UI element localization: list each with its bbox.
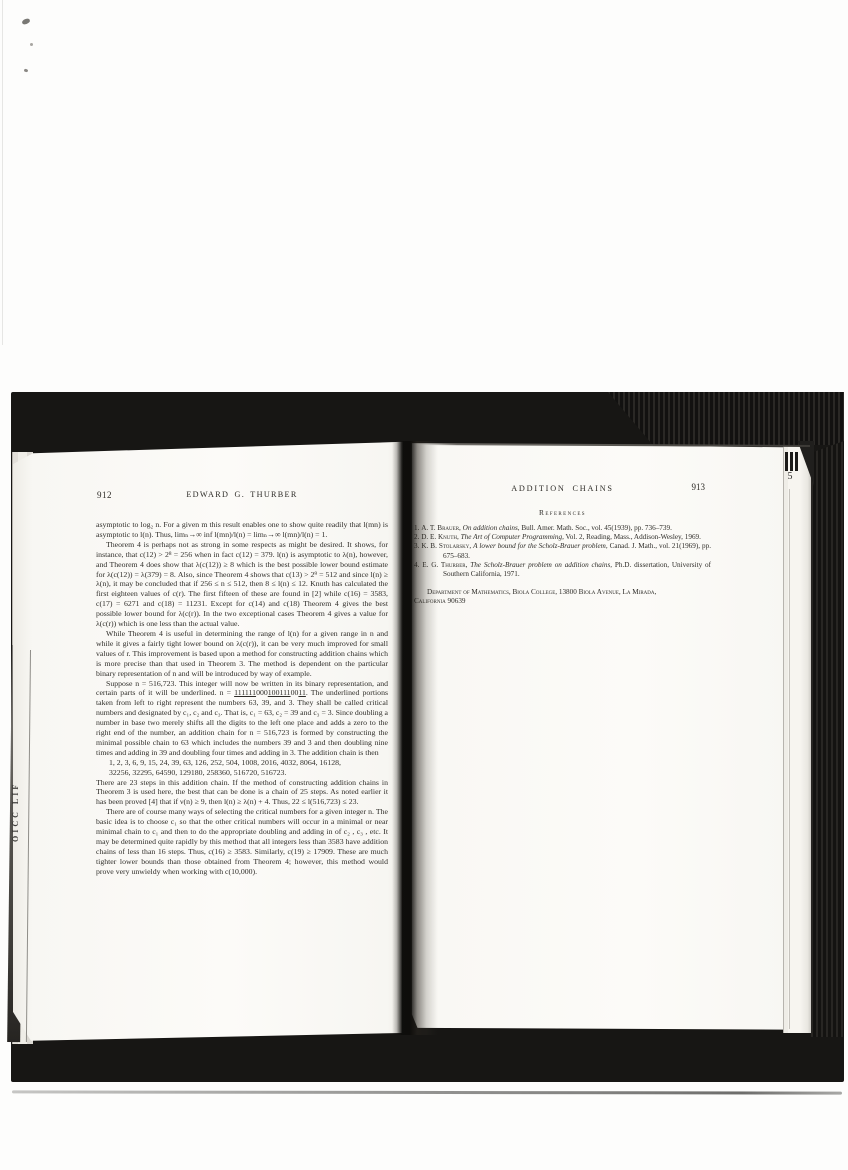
bar-icon [795,452,798,471]
reference-author: A. T. Brauer, [421,524,461,532]
left-page-content: 912 EDWARD G. THURBER asymptotic to log₂… [96,490,388,877]
reference-title: The Art of Computer Programming, [461,533,564,541]
reference-title: On addition chains, [463,524,520,532]
reference-detail: Vol. 2, Reading, Mass., Addison-Wesley, … [566,533,701,541]
bottom-shadow-line [12,1090,842,1094]
right-page-content: ADDITION CHAINS 913 References 1. A. T. … [414,484,711,607]
scanner-speck [30,43,33,46]
binary-underlined-segment: 111111 [234,688,256,697]
scanner-speck [24,68,29,72]
paragraph-with-binary: Suppose n = 516,723. This integer will n… [96,679,388,758]
ribbed-texture-right [811,441,844,1037]
addition-chain-line: 32256, 32295, 64590, 129180, 258360, 516… [109,768,388,778]
reference-detail: Bull. Amer. Math. Soc., vol. 45(1939), p… [521,524,672,532]
page-marker-bars-icon [785,452,798,471]
scanner-speck [21,18,30,25]
reference-number: 3. [414,542,419,550]
paragraph: While Theorem 4 is useful in determining… [96,629,388,679]
affiliation: Department of Mathematics, Biola College… [414,588,711,606]
affiliation-line: Department of Mathematics, Biola College… [414,588,711,597]
paragraph: Theorem 4 is perhaps not as strong in so… [96,540,388,629]
reference-title: The Scholz-Brauer problem on addition ch… [470,561,612,569]
edge-tab-number: 5 [783,471,797,482]
paragraph: There are 23 steps in this addition chai… [96,778,388,808]
fore-edge-strip [783,445,811,1033]
affiliation-line: California 90639 [414,597,711,606]
paragraph: asymptotic to log₂ n. For a given m this… [96,520,388,540]
binary-segment: 000 [256,688,268,697]
references-heading: References [414,508,711,517]
addition-chain: 1, 2, 3, 6, 9, 15, 24, 39, 63, 126, 252,… [96,758,388,778]
fore-edge-hairline [789,489,790,1029]
reference-author: D. E. Knuth, [421,533,459,541]
reference-number: 2. [414,533,419,541]
binary-underlined-segment: 11 [298,688,306,697]
reference-item: 4. E. G. Thurber, The Scholz-Brauer prob… [414,561,711,579]
page-number-right: 913 [692,482,706,492]
spine-marking: OICC LIF [11,702,25,842]
reference-author: E. G. Thurber, [422,561,467,569]
page-number-left: 912 [97,490,112,500]
bar-icon [785,452,788,471]
binary-underlined-segment: 100111 [268,688,291,697]
addition-chain-line: 1, 2, 3, 6, 9, 15, 24, 39, 63, 126, 252,… [109,758,388,768]
text-segment: . The underlined portions taken from lef… [96,688,388,756]
running-title-left: EDWARD G. THURBER [96,490,388,499]
left-page-body: asymptotic to log₂ n. For a given m this… [96,520,388,877]
running-title-right: ADDITION CHAINS [414,484,711,493]
reference-number: 1. [414,524,419,532]
right-page-header: ADDITION CHAINS 913 [414,484,711,495]
scan-edge-line [2,0,3,345]
reference-item: 2. D. E. Knuth, The Art of Computer Prog… [414,533,711,542]
scanned-book-photo: OICC LIF 5 912 EDWARD G. THURBER asympto… [0,0,848,1170]
paragraph: There are of course many ways of selecti… [96,807,388,876]
reference-number: 4. [414,561,419,569]
reference-item: 3. K. B. Stolarsky, A lower bound for th… [414,542,711,560]
reference-item: 1. A. T. Brauer, On addition chains, Bul… [414,524,711,533]
references-list: 1. A. T. Brauer, On addition chains, Bul… [414,524,711,579]
reference-author: K. B. Stolarsky, [421,542,471,550]
reference-title: A lower bound for the Scholz-Brauer prob… [473,542,608,550]
bar-icon [790,452,793,471]
left-page-header: 912 EDWARD G. THURBER [96,490,388,501]
